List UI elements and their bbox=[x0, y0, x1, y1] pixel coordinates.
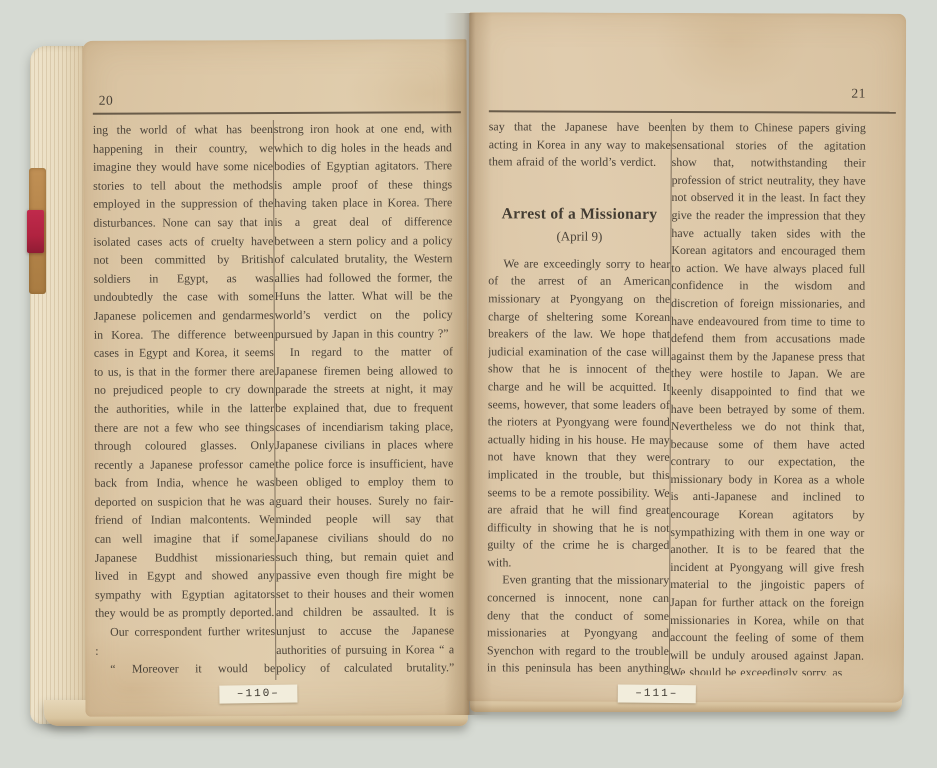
left-page-columns: ing the world of what has been happening… bbox=[93, 119, 461, 681]
left-page-column-1: ing the world of what has been happening… bbox=[93, 120, 275, 681]
column-spacer bbox=[489, 171, 671, 206]
paragraph: ten by them to Chinese papers giving sen… bbox=[670, 119, 866, 676]
paragraph: Even granting that the missionary concer… bbox=[487, 572, 669, 675]
photo-of-open-book: 20 ing the world of what has been happen… bbox=[0, 0, 937, 768]
paragraph: strong iron hook at one end, with which … bbox=[274, 119, 453, 343]
page-top-rule bbox=[489, 110, 896, 113]
left-page: 20 ing the world of what has been happen… bbox=[83, 39, 470, 717]
paragraph: say that the Japanese have been acting i… bbox=[489, 118, 671, 171]
page-edge-stack bbox=[30, 46, 88, 724]
right-page: 21 say that the Japanese have been actin… bbox=[467, 12, 906, 703]
paragraph: In regard to the matter of Japanese fire… bbox=[275, 342, 454, 680]
paragraph: Our correspondent further writes : bbox=[95, 622, 275, 660]
right-page-columns: say that the Japanese have been acting i… bbox=[487, 118, 895, 675]
bookmark-ribbon bbox=[27, 210, 44, 253]
folio-label: –111– bbox=[618, 684, 696, 703]
paragraph: “ Moreover it would be interesting to kn… bbox=[95, 659, 275, 681]
paragraph: ing the world of what has been happening… bbox=[93, 120, 275, 623]
paragraph: We are exceedingly sorry to hear of the … bbox=[487, 255, 670, 572]
section-heading: Arrest of a Missionary bbox=[488, 205, 670, 224]
page-number: 21 bbox=[851, 86, 866, 102]
folio-label: –110– bbox=[219, 685, 297, 704]
section-dateline: (April 9) bbox=[488, 228, 670, 245]
right-page-column-2: ten by them to Chinese papers giving sen… bbox=[670, 119, 866, 676]
left-page-column-2: strong iron hook at one end, with which … bbox=[274, 119, 454, 680]
page-top-rule bbox=[93, 111, 461, 114]
right-page-column-1: say that the Japanese have been acting i… bbox=[487, 118, 671, 675]
page-number: 20 bbox=[99, 93, 114, 109]
